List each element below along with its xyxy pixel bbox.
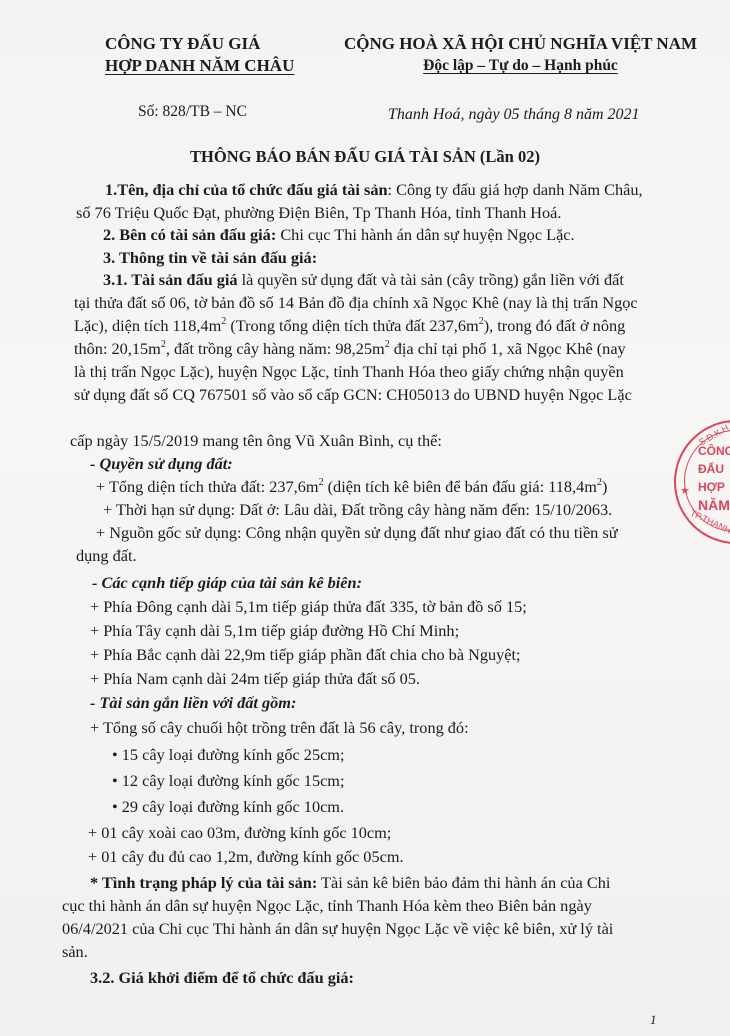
text: )	[602, 477, 607, 496]
text: ), trong đó đất ở nông	[484, 316, 626, 335]
date-line: Thanh Hoá, ngày 05 tháng 8 năm 2021	[388, 106, 640, 124]
banana-item: • 15 cây loại đường kính gốc 25cm;	[112, 745, 345, 765]
national-motto: CỘNG HOÀ XÃ HỘI CHỦ NGHĨA VIỆT NAM Độc l…	[318, 33, 723, 77]
banana-total: + Tổng số cây chuối hột trồng trên đất l…	[90, 718, 469, 738]
legal-status-line3: 06/4/2021 của Chi cục Thi hành án dân sự…	[62, 919, 613, 939]
banana-item: • 29 cây loại đường kính gốc 10cm.	[112, 797, 344, 817]
section-31-line3: Lặc), diện tích 118,4m2 (Trong tổng diện…	[74, 316, 625, 336]
document-title: THÔNG BÁO BÁN ĐẤU GIÁ TÀI SẢN (Lần 02)	[0, 147, 730, 167]
legal-status-line2: cục thi hành án dân sự huyện Ngọc Lặc, t…	[62, 896, 592, 916]
country-title: CỘNG HOÀ XÃ HỘI CHỦ NGHĨA VIỆT NAM	[318, 33, 723, 55]
section-31-line1: 3.1. Tài sản đấu giá là quyền sử dụng đấ…	[103, 270, 624, 290]
motto: Độc lập – Tự do – Hạnh phúc	[318, 55, 723, 77]
bullet-icon: •	[112, 771, 122, 790]
text: 29 cây loại đường kính gốc 10cm.	[122, 797, 344, 816]
text: 12 cây loại đường kính gốc 15cm;	[122, 771, 345, 790]
section-1-text: : Công ty đấu giá hợp danh Năm Châu,	[388, 180, 643, 199]
papaya-tree: + 01 cây đu đủ cao 1,2m, đường kính gốc …	[88, 847, 404, 867]
section-31-text: là quyền sử dụng đất và tài sản (cây trồ…	[238, 270, 624, 289]
company-name: CÔNG TY ĐẤU GIÁ HỢP DANH NĂM CHÂU	[105, 33, 255, 77]
land-rights-heading: - Quyền sử dụng đất:	[90, 454, 233, 474]
banana-item: • 12 cây loại đường kính gốc 15cm;	[112, 771, 345, 791]
company-seal-stamp: S.Đ.K.H.Đ: 23 CÔNG ĐẤU HỢP NĂM ★ TP.THAN…	[674, 420, 730, 544]
border-east: + Phía Đông cạnh dài 5,1m tiếp giáp thửa…	[90, 597, 527, 617]
page-number: 1	[650, 1012, 657, 1028]
section-3-heading: 3. Thông tin về tài sản đấu giá:	[103, 248, 317, 268]
section-31-line2: tại thửa đất số 06, tờ bản đồ số 14 Bản …	[74, 293, 638, 313]
legal-status-line1: * Tình trạng pháp lý của tài sản: Tài sả…	[90, 873, 610, 893]
company-name-line1: CÔNG TY ĐẤU GIÁ	[105, 33, 255, 55]
borders-heading: - Các cạnh tiếp giáp của tài sản kê biên…	[92, 573, 362, 593]
land-origin: + Nguồn gốc sử dụng: Công nhận quyền sử …	[96, 523, 618, 543]
mango-tree: + 01 cây xoài cao 03m, đường kính gốc 10…	[88, 823, 391, 843]
text: thôn: 20,15m	[74, 339, 161, 358]
text: (Trong tổng diện tích thửa đất 237,6m	[226, 316, 478, 335]
legal-status-label: * Tình trạng pháp lý của tài sản:	[90, 873, 317, 892]
section-2-text: Chi cục Thi hành án dân sự huyện Ngọc Lặ…	[276, 225, 574, 244]
land-origin-cont: dụng đất.	[76, 546, 137, 566]
section-2-label: 2. Bên có tài sản đấu giá:	[103, 225, 276, 244]
legal-status-line4: sản.	[62, 942, 88, 962]
star-icon: ★	[680, 484, 690, 497]
section-31-line7: cấp ngày 15/5/2019 mang tên ông Vũ Xuân …	[70, 431, 442, 451]
border-west: + Phía Tây cạnh dài 5,1m tiếp giáp đường…	[90, 621, 459, 641]
text: (diện tích kê biên để bán đấu giá: 118,4…	[324, 477, 597, 496]
border-north: + Phía Bắc cạnh dài 22,9m tiếp giáp phần…	[90, 645, 521, 665]
text: Lặc), diện tích 118,4m	[74, 316, 221, 335]
text: 15 cây loại đường kính gốc 25cm;	[122, 745, 345, 764]
section-1-label: 1.Tên, địa chỉ của tổ chức đấu giá tài s…	[105, 180, 388, 199]
section-1-line1: 1.Tên, địa chỉ của tổ chức đấu giá tài s…	[105, 180, 643, 200]
land-total-area: + Tổng diện tích thửa đất: 237,6m2 (diện…	[96, 477, 607, 497]
text: , đất trồng cây hàng năm: 98,25m	[166, 339, 385, 358]
bullet-icon: •	[112, 797, 122, 816]
section-31-line4: thôn: 20,15m2, đất trồng cây hàng năm: 9…	[74, 339, 626, 359]
section-31-label: 3.1. Tài sản đấu giá	[103, 270, 238, 289]
stamp-line: ĐẤU	[698, 462, 724, 476]
border-south: + Phía Nam cạnh dài 24m tiếp giáp thửa đ…	[90, 669, 420, 689]
section-32-heading: 3.2. Giá khởi điểm để tổ chức đấu giá:	[90, 968, 354, 988]
section-31-line6: sử dụng đất số CQ 767501 số vào sổ cấp G…	[74, 385, 632, 405]
attached-assets-heading: - Tài sản gắn liền với đất gồm:	[90, 693, 296, 713]
section-31-line5: là thị trấn Ngọc Lặc), huyện Ngọc Lặc, t…	[74, 362, 624, 382]
company-name-line2: HỢP DANH NĂM CHÂU	[105, 55, 255, 77]
land-term: + Thời hạn sử dụng: Dất ở: Lâu dài, Đất …	[103, 500, 612, 520]
stamp-line: CÔNG	[698, 444, 730, 458]
stamp-line: HỢP	[698, 480, 725, 494]
section-2: 2. Bên có tài sản đấu giá: Chi cục Thi h…	[103, 225, 575, 245]
bullet-icon: •	[112, 745, 122, 764]
section-1-line2: số 76 Triệu Quốc Đạt, phường Điện Biên, …	[76, 203, 561, 223]
text: + Tổng diện tích thửa đất: 237,6m	[96, 477, 319, 496]
text: địa chỉ tại phố 1, xã Ngọc Khê (nay	[390, 339, 626, 358]
stamp-line: NĂM	[698, 498, 730, 512]
document-number: Số: 828/TB – NC	[138, 103, 247, 121]
text: Tài sản kê biên bảo đảm thi hành án của …	[317, 873, 610, 892]
